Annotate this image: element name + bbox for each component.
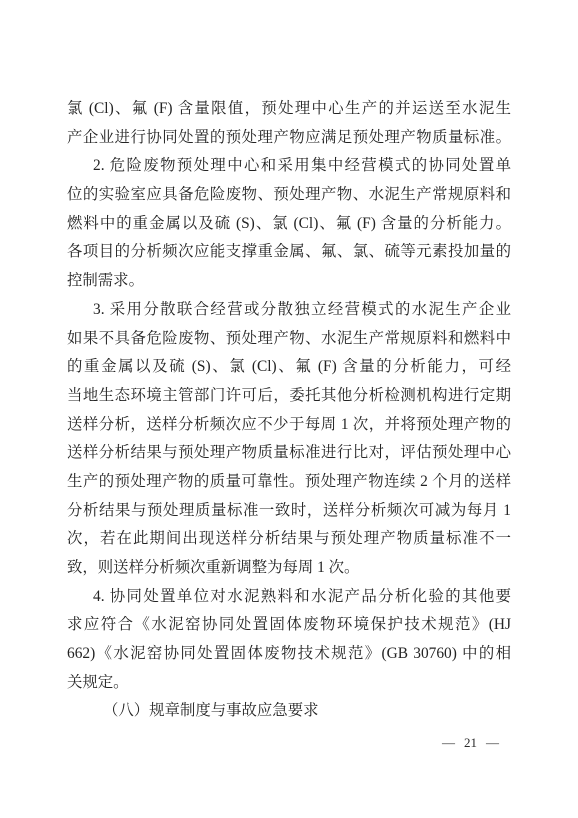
text-line: 分析结果与预处理质量标准一致时，送样分析频次可减为每月 1: [67, 497, 511, 526]
text-line: 位的实验室应具备危险废物、预处理产物、水泥生产常规原料和: [67, 181, 511, 210]
text-line: 控制需求。: [67, 267, 511, 296]
text-line: 的重金属以及硫 (S)、氯 (Cl)、氟 (F) 含量的分析能力，可经: [67, 353, 511, 382]
text-line: 送样分析结果与预处理产物质量标准进行比对，评估预处理中心: [67, 439, 511, 468]
text-line: 氯 (Cl)、氟 (F) 含量限值，预处理中心生产的并运送至水泥生: [67, 95, 511, 124]
text-line: 产企业进行协同处置的预处理产物应满足预处理产物质量标准。: [67, 124, 511, 153]
text-line: 2. 危险废物预处理中心和采用集中经营模式的协同处置单: [67, 152, 511, 181]
text-line: 次，若在此期间出现送样分析结果与预处理产物质量标准不一: [67, 525, 511, 554]
text-line: 各项目的分析频次应能支撑重金属、氟、氯、硫等元素投加量的: [67, 238, 511, 267]
text-line: 当地生态环境主管部门许可后，委托其他分析检测机构进行定期: [67, 382, 511, 411]
document-body: 氯 (Cl)、氟 (F) 含量限值，预处理中心生产的并运送至水泥生产企业进行协同…: [67, 95, 511, 726]
text-line: 如果不具备危险废物、预处理产物、水泥生产常规原料和燃料中: [67, 325, 511, 354]
text-line: 662)《水泥窑协同处置固体废物技术规范》(GB 30760) 中的相: [67, 640, 511, 669]
page-number-right-dash: —: [486, 735, 499, 750]
section-heading: （八）规章制度与事故应急要求: [67, 697, 511, 726]
page-number: —21—: [442, 735, 499, 751]
text-line: 4. 协同处置单位对水泥熟料和水泥产品分析化验的其他要: [67, 583, 511, 612]
text-line: 致，则送样分析频次重新调整为每周 1 次。: [67, 554, 511, 583]
page-number-left-dash: —: [442, 735, 455, 750]
text-line: 送样分析，送样分析频次应不少于每周 1 次，并将预处理产物的: [67, 411, 511, 440]
text-line: 3. 采用分散联合经营或分散独立经营模式的水泥生产企业: [67, 296, 511, 325]
text-line: 燃料中的重金属以及硫 (S)、氯 (Cl)、氟 (F) 含量的分析能力。: [67, 210, 511, 239]
text-line: 生产的预处理产物的质量可靠性。预处理产物连续 2 个月的送样: [67, 468, 511, 497]
document-page: 氯 (Cl)、氟 (F) 含量限值，预处理中心生产的并运送至水泥生产企业进行协同…: [0, 0, 578, 818]
text-line: 求应符合《水泥窑协同处置固体废物环境保护技术规范》(HJ: [67, 611, 511, 640]
text-line: 关规定。: [67, 669, 511, 698]
page-number-value: 21: [464, 735, 477, 750]
